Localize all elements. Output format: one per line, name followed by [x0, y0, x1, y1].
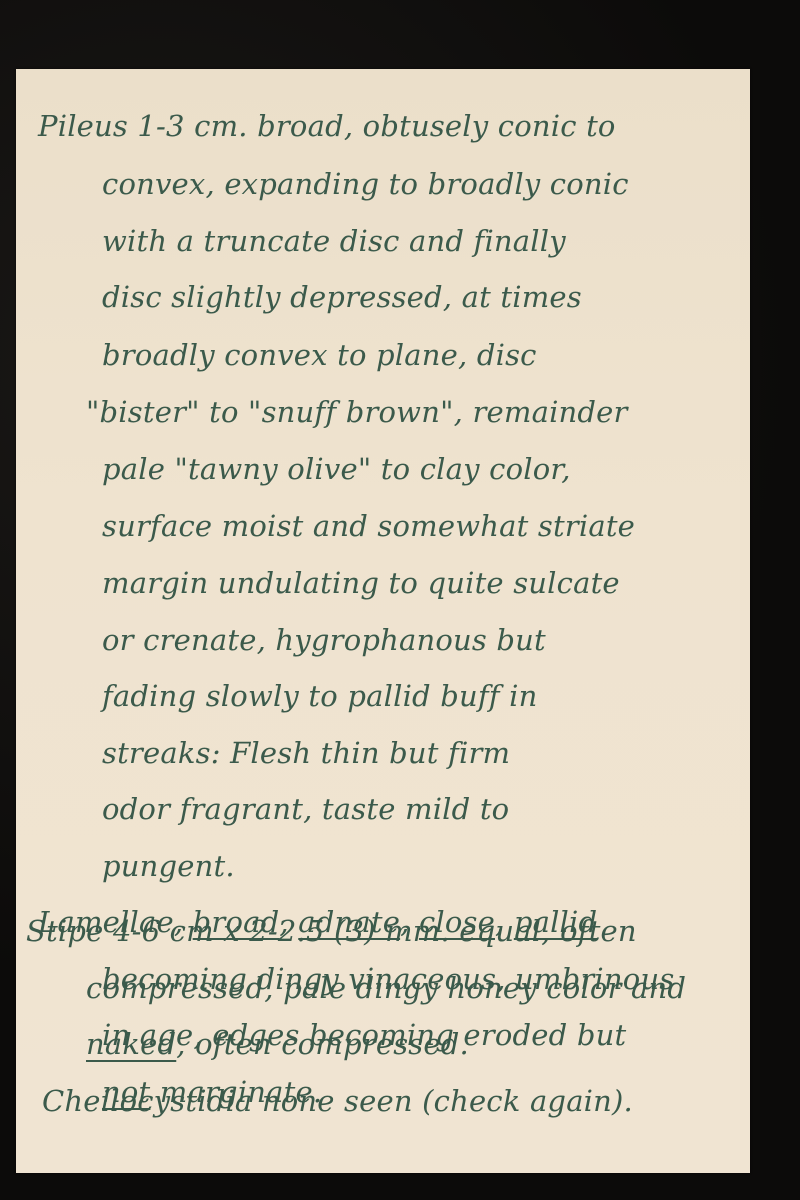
underlined-naked: naked [86, 1027, 176, 1061]
stipe-line-2: compressed, pale dingy honey color and [86, 968, 686, 1008]
stipe-line-3: naked, often compressed. [86, 1024, 469, 1064]
stipe-line-1: Stipe 4-6 cm x 2-2.5 (3) mm. equal, ofte… [26, 911, 637, 951]
cheilocystidia-line-1: Cheilocystidia none seen (check again). [42, 1081, 633, 1121]
handwritten-note-continued: Stipe 4-6 cm x 2-2.5 (3) mm. equal, ofte… [16, 69, 750, 1173]
